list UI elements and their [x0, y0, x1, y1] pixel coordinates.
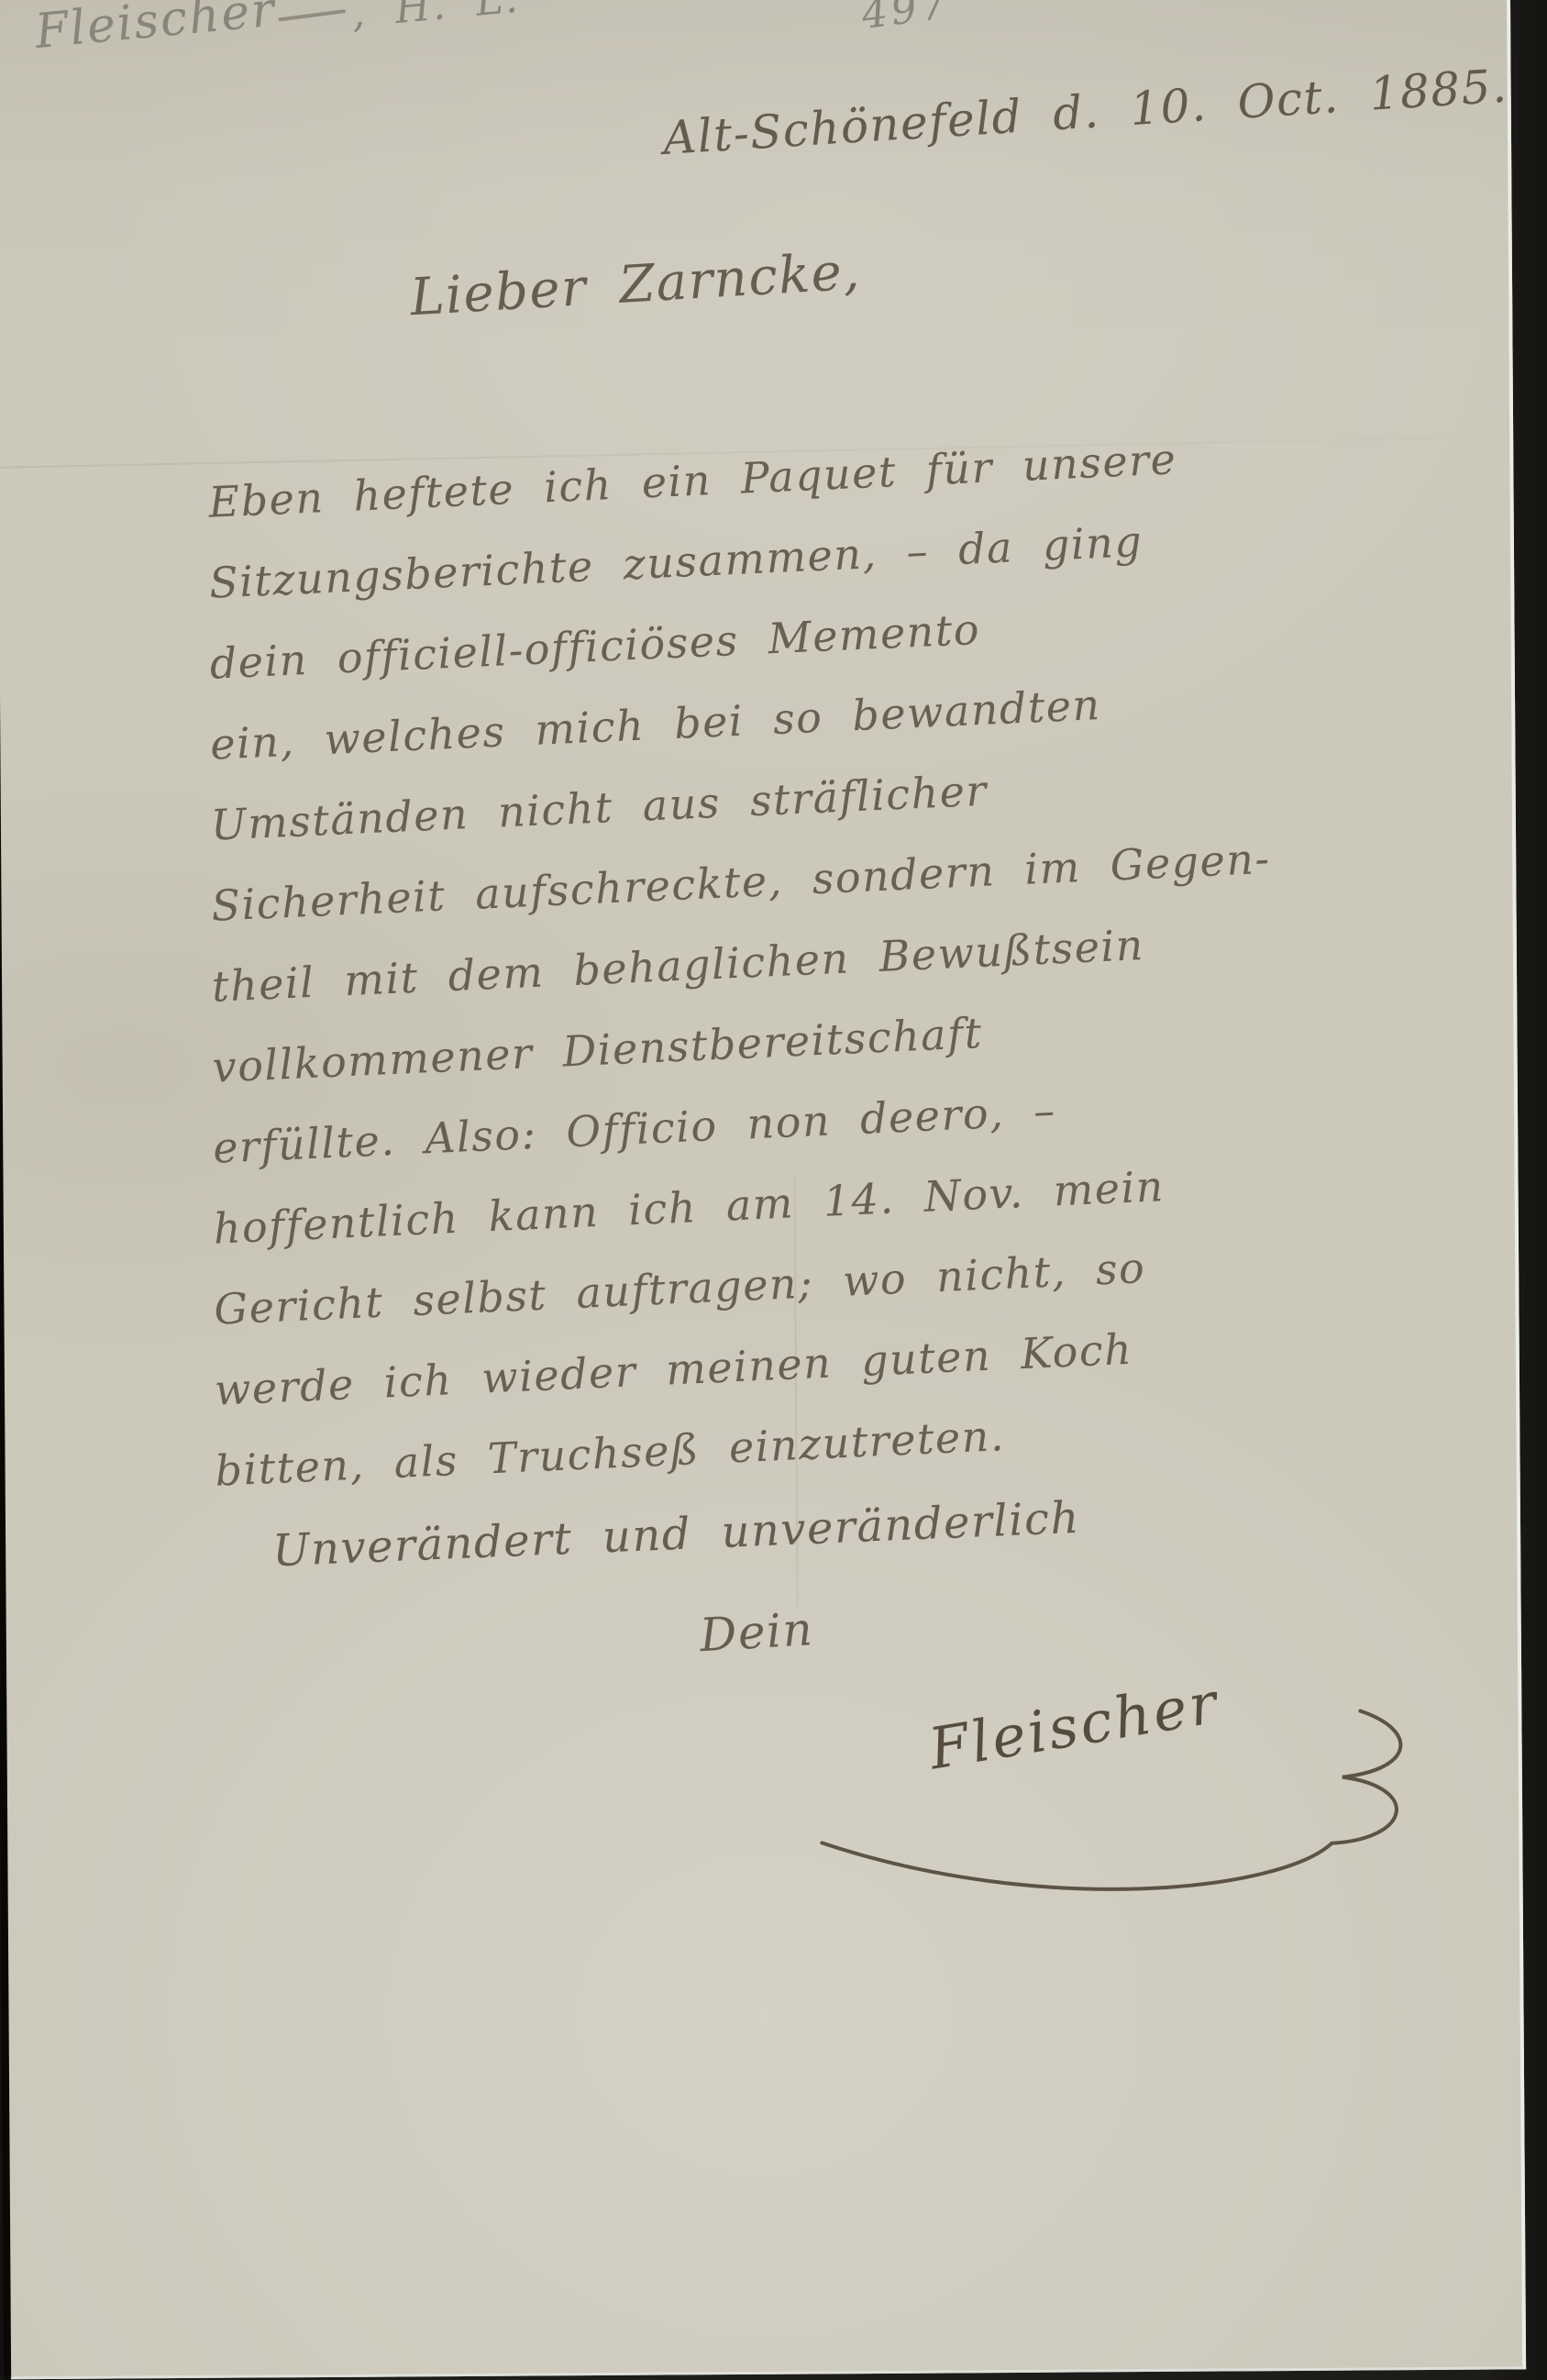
- letter-dateline: Alt-Schönefeld d. 10. Oct. 1885.: [600, 59, 1509, 169]
- letter-body-line: dein officiell-officiöses Memento: [209, 604, 981, 689]
- letter-paper: Fleischer, H. L. 497 Alt-Schönefeld d. 1…: [0, 0, 1526, 2379]
- letter-body-line: werde ich wieder meinen guten Koch: [214, 1324, 1134, 1415]
- signature-flourish: [766, 1701, 1419, 1926]
- letter-body-line: Gericht selbst auftragen; wo nicht, so: [213, 1243, 1146, 1334]
- pencil-author-initials: , H. L.: [349, 0, 522, 38]
- letter-body-line: erfüllte. Also: Officio non deero, –: [212, 1085, 1057, 1172]
- letter-body-line: Sicherheit aufschreckte, sondern im Gege…: [210, 834, 1271, 931]
- pencil-author-name: Fleischer: [33, 0, 279, 60]
- letter-salutation: Lieber Zarncke,: [409, 241, 863, 327]
- letter-body-line: Eben heftete ich ein Paquet für unsere: [207, 434, 1177, 527]
- letter-body-line: ein, welches mich bei so bewandten: [209, 680, 1102, 769]
- letter-body-line: vollkommener Dienstbereitschaft: [211, 1008, 983, 1092]
- pencil-annotation-number: 497: [859, 0, 953, 39]
- letter-body-line: theil mit dem behaglichen Bewußtsein: [211, 920, 1145, 1012]
- scanned-letter-page: Fleischer, H. L. 497 Alt-Schönefeld d. 1…: [0, 0, 1547, 2380]
- letter-body-line: Sitzungsberichte zusammen, – da ging: [208, 516, 1144, 608]
- letter-body-line: bitten, als Truchseß einzutreten.: [214, 1411, 1006, 1496]
- letter-body-line: hoffentlich kann ich am 14. Nov. mein: [213, 1161, 1166, 1254]
- letter-closing: Unverändert und unveränderlich: [271, 1492, 1081, 1577]
- pencil-flourish-line: [278, 9, 346, 21]
- letter-valediction: Dein: [699, 1602, 815, 1662]
- pencil-annotation-author: Fleischer, H. L.: [33, 0, 521, 60]
- letter-body-line: Umständen nicht aus sträflicher: [210, 766, 989, 850]
